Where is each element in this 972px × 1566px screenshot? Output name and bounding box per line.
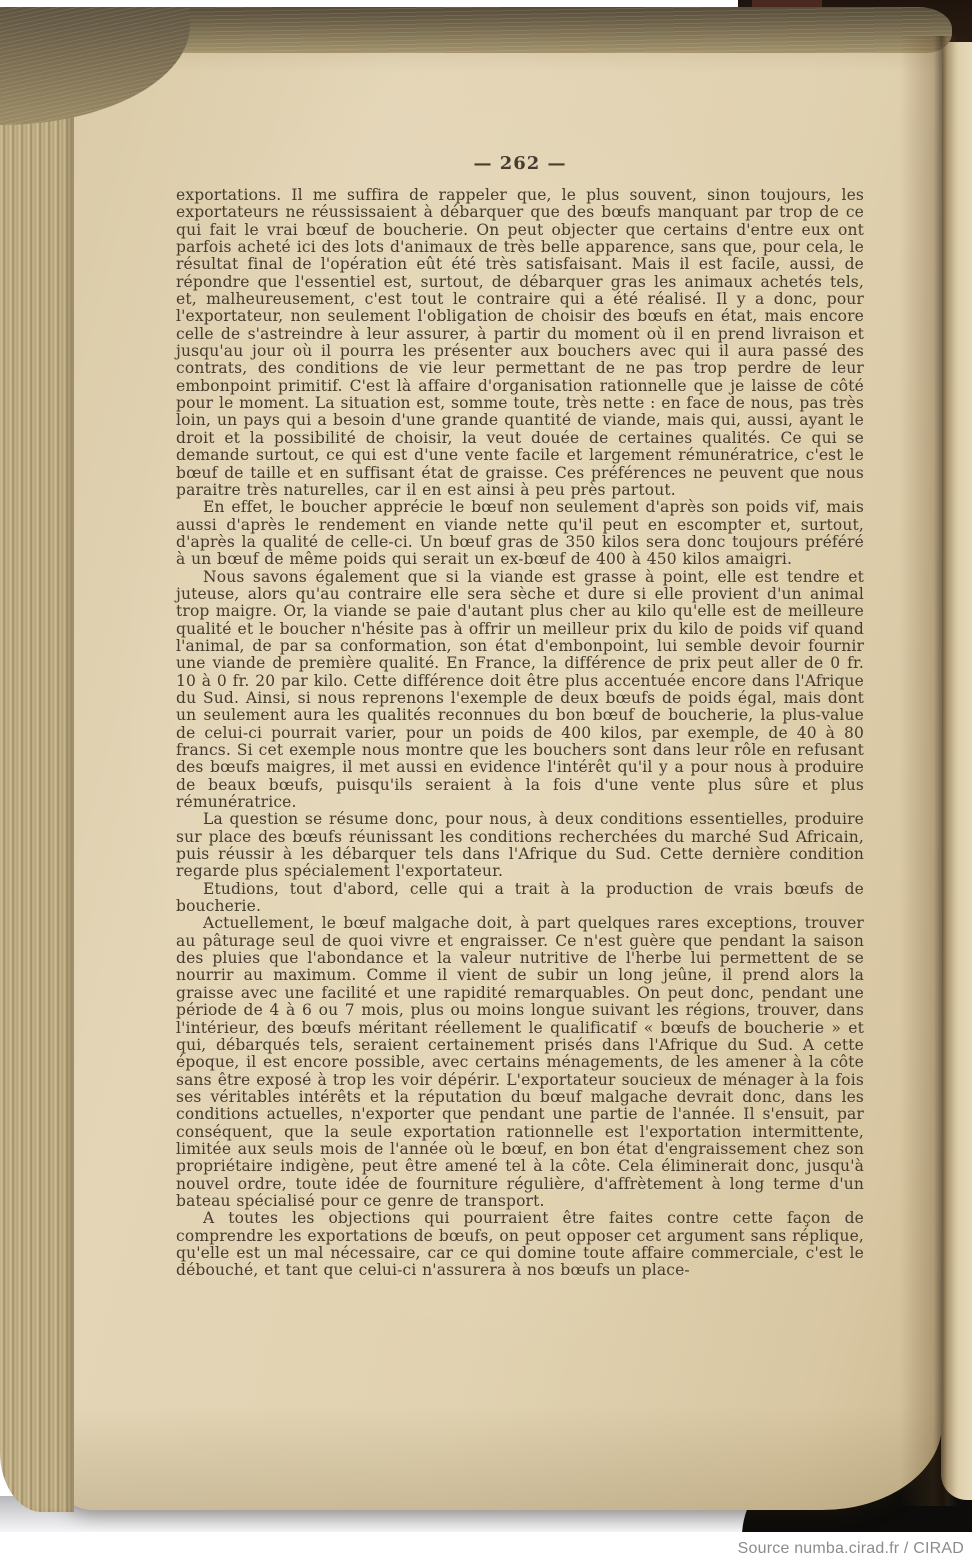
body-paragraph: La question se résume donc, pour nous, à… [176, 811, 864, 880]
body-paragraph: Etudions, tout d'abord, celle qui a trai… [176, 881, 864, 916]
body-paragraph: En effet, le boucher apprécie le bœuf no… [176, 499, 864, 568]
facing-page-sliver [941, 42, 972, 1500]
body-paragraph: A toutes les objections qui pourraient ê… [176, 1210, 864, 1279]
page-number: — 262 — [176, 153, 864, 174]
viewer-footer: Source numba.cirad.fr / CIRAD [0, 1532, 972, 1566]
page-stack-edges-left [0, 18, 74, 1512]
book-scan-viewer: — 262 — exportations. Il me suffira de r… [0, 0, 972, 1566]
body-paragraph: exportations. Il me suffira de rappeler … [176, 187, 864, 499]
source-attribution: Source numba.cirad.fr / CIRAD [738, 1540, 972, 1558]
page-text-column: exportations. Il me suffira de rappeler … [176, 187, 864, 1280]
body-paragraph: Nous savons également que si la viande e… [176, 569, 864, 812]
body-paragraph: Actuellement, le bœuf malgache doit, à p… [176, 915, 864, 1210]
